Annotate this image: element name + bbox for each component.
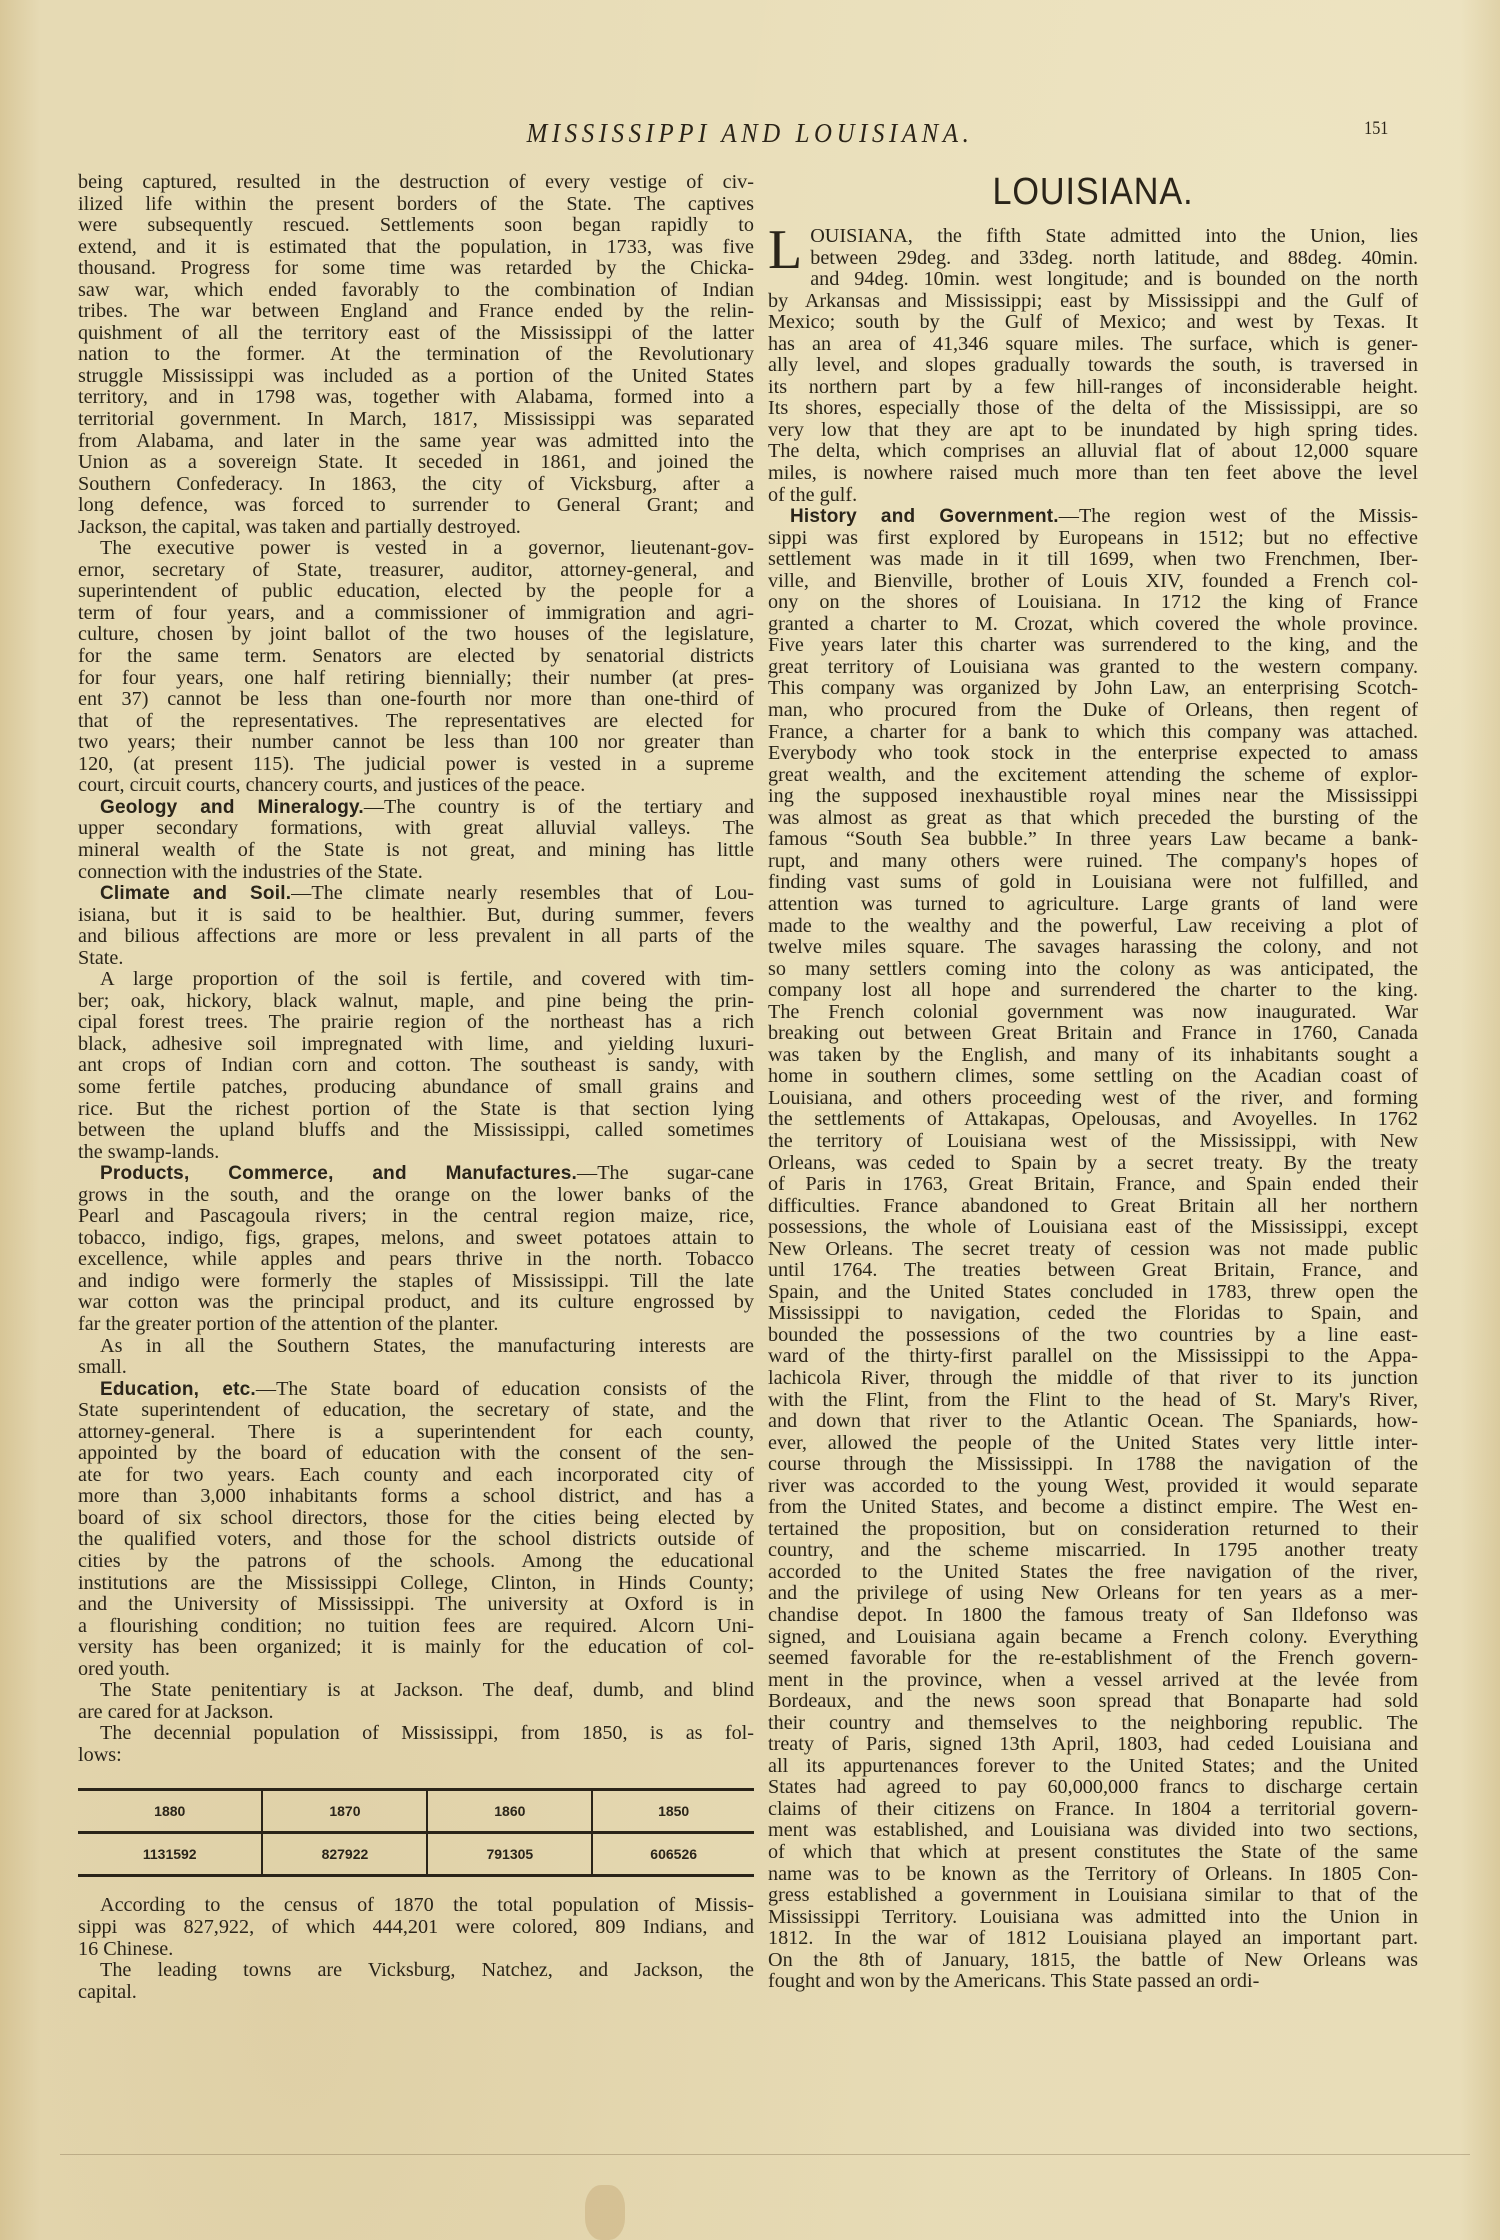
line-text: Spain, and the United States concluded i…	[768, 1281, 1418, 1303]
text-line: seemed favorable for the re-establishmen…	[768, 1648, 1418, 1670]
text-line: On the 8th of January, 1815, the battle …	[768, 1950, 1418, 1972]
line-text: —The State board of education consists o…	[256, 1378, 754, 1400]
text-line: the qualified voters, and those for the …	[78, 1529, 754, 1551]
text-line: This company was organized by John Law, …	[768, 678, 1418, 700]
text-line: country, and the scheme miscarried. In 1…	[768, 1540, 1418, 1562]
line-text: the qualified voters, and those for the …	[78, 1528, 754, 1550]
line-text: Jackson, the capital, was taken and part…	[78, 516, 521, 538]
text-line: river was accorded to the young West, pr…	[768, 1476, 1418, 1498]
text-line: Mississippi Territory. Louisiana was adm…	[768, 1907, 1418, 1929]
line-text: ville, and Bienville, brother of Louis X…	[768, 570, 1418, 592]
line-text: —The climate nearly resembles that of Lo…	[291, 882, 754, 904]
text-line: its northern part by a few hill-ranges o…	[768, 377, 1418, 399]
text-line: claims of their citizens on France. In 1…	[768, 1799, 1418, 1821]
section-subhead: Climate and Soil.	[100, 883, 291, 904]
text-line: two years; their number cannot be less t…	[78, 732, 754, 754]
text-line: the territory of Louisiana west of the M…	[768, 1131, 1418, 1153]
line-text: signed, and Louisiana again became a Fre…	[768, 1626, 1418, 1648]
text-line: grows in the south, and the orange on th…	[78, 1185, 754, 1207]
text-line: company lost all hope and surrendered th…	[768, 980, 1418, 1002]
text-line: State superintendent of education, the s…	[78, 1400, 754, 1422]
line-text: and indigo were formerly the staples of …	[78, 1270, 754, 1292]
text-line: attention was turned to agriculture. Lar…	[768, 894, 1418, 916]
line-text: ored youth.	[78, 1658, 170, 1680]
paragraph-mississippi-history: being captured, resulted in the destruct…	[78, 172, 754, 538]
paragraph-soil: A large proportion of the soil is fertil…	[78, 969, 754, 1163]
line-text: sippi was first explored by Europeans in…	[768, 527, 1418, 549]
text-line: made to the wealthy and the powerful, La…	[768, 916, 1418, 938]
population-table-value-row: 1131592 827922 791305 606526	[78, 1833, 754, 1876]
text-line: for four years, one half retiring bienni…	[78, 668, 754, 690]
line-text: ant crops of Indian corn and cotton. The…	[78, 1054, 754, 1076]
text-line: and bilious affections are more or less …	[78, 926, 754, 948]
text-line: The decennial population of Mississippi,…	[78, 1723, 754, 1745]
paragraph-population-intro: The decennial population of Mississippi,…	[78, 1723, 754, 1766]
text-line: ernor, secretary of State, treasurer, au…	[78, 560, 754, 582]
text-line: more than 3,000 inhabitants forms a scho…	[78, 1486, 754, 1508]
text-line: Mexico; south by the Gulf of Mexico; and…	[768, 312, 1418, 334]
line-text: territorial government. In March, 1817, …	[78, 408, 754, 430]
text-line: great wealth, and the excitement attendi…	[768, 765, 1418, 787]
text-line: name was to be known as the Territory of…	[768, 1864, 1418, 1886]
line-text: man, who procured from the Duke of Orlea…	[768, 699, 1418, 721]
text-line: bounded the possessions of the two count…	[768, 1325, 1418, 1347]
line-text: long defence, was forced to surrender to…	[78, 494, 754, 516]
text-line: ent 37) cannot be less than one-fourth n…	[78, 689, 754, 711]
text-line: being captured, resulted in the destruct…	[78, 172, 754, 194]
line-text: thousand. Progress for some time was ret…	[78, 257, 754, 279]
line-text: accorded to the United States the free n…	[768, 1561, 1418, 1583]
line-text: board of six school directors, those for…	[78, 1507, 754, 1529]
text-line: 120, (at present 115). The judicial powe…	[78, 754, 754, 776]
line-text: State.	[78, 947, 123, 969]
line-text: and bilious affections are more or less …	[78, 925, 754, 947]
text-line: The State penitentiary is at Jackson. Th…	[78, 1680, 754, 1702]
text-line: was taken by the English, and many of it…	[768, 1045, 1418, 1067]
text-line: France, a charter for a bank to which th…	[768, 722, 1418, 744]
line-text: institutions are the Mississippi College…	[78, 1572, 754, 1594]
text-line: Jackson, the capital, was taken and part…	[78, 517, 754, 539]
section-subhead: History and Government.	[790, 506, 1059, 527]
text-line: extend, and it is estimated that the pop…	[78, 237, 754, 259]
section-subhead: Education, etc.	[100, 1379, 256, 1400]
line-text: rupt, and many others were ruined. The c…	[768, 850, 1418, 872]
text-line: has an area of 41,346 square miles. The …	[768, 334, 1418, 356]
population-value-cell: 606526	[592, 1833, 754, 1876]
text-line: chandise depot. In 1800 the famous treat…	[768, 1605, 1418, 1627]
line-text: Orleans, was ceded to Spain by a secret …	[768, 1152, 1418, 1174]
text-line: board of six school directors, those for…	[78, 1508, 754, 1530]
line-text: being captured, resulted in the destruct…	[78, 171, 754, 193]
line-text: and the privilege of using New Orleans f…	[768, 1582, 1418, 1604]
line-text: until 1764. The treaties between Great B…	[768, 1259, 1418, 1281]
text-line: term of four years, and a commissioner o…	[78, 603, 754, 625]
section-subhead: Geology and Mineralogy.	[100, 797, 364, 818]
text-line: so many settlers coming into the colony …	[768, 959, 1418, 981]
text-line: 1812. In the war of 1812 Louisiana playe…	[768, 1928, 1418, 1950]
line-text: The executive power is vested in a gover…	[100, 537, 754, 559]
text-line: territory, and in 1798 was, together wit…	[78, 387, 754, 409]
population-value-cell: 827922	[262, 1833, 427, 1876]
text-line: and the University of Mississippi. The u…	[78, 1594, 754, 1616]
line-text: State superintendent of education, the s…	[78, 1399, 754, 1421]
line-text: settlement was made in it till 1699, whe…	[768, 548, 1418, 570]
text-line: twelve miles square. The savages harassi…	[768, 937, 1418, 959]
line-text: —The sugar-cane	[577, 1162, 754, 1184]
line-text: more than 3,000 inhabitants forms a scho…	[78, 1485, 754, 1507]
text-line: ward of the thirty-first parallel on the…	[768, 1346, 1418, 1368]
line-text: Pearl and Pascagoula rivers; in the cent…	[78, 1205, 754, 1227]
line-text: claims of their citizens on France. In 1…	[768, 1798, 1418, 1820]
text-line: ville, and Bienville, brother of Louis X…	[768, 571, 1418, 593]
text-line: possessions, the whole of Louisiana east…	[768, 1217, 1418, 1239]
text-line: sippi was 827,922, of which 444,201 were…	[78, 1917, 754, 1939]
text-line: Products, Commerce, and Manufactures.—Th…	[78, 1163, 754, 1185]
text-line: rice. But the richest portion of the Sta…	[78, 1099, 754, 1121]
text-line: rupt, and many others were ruined. The c…	[768, 851, 1418, 873]
text-line: Louisiana, and others proceeding west of…	[768, 1088, 1418, 1110]
line-text: excellence, while apples and pears thriv…	[78, 1248, 754, 1270]
text-line: ored youth.	[78, 1659, 754, 1681]
population-year-cell: 1850	[592, 1790, 754, 1833]
text-line: Its shores, especially those of the delt…	[768, 398, 1418, 420]
text-line: institutions are the Mississippi College…	[78, 1573, 754, 1595]
text-line: connection with the industries of the St…	[78, 862, 754, 884]
text-line: ilized life within the present borders o…	[78, 194, 754, 216]
text-line: were subsequently rescued. Settlements s…	[78, 215, 754, 237]
line-text: of which that which at present constitut…	[768, 1841, 1418, 1863]
line-text: This company was organized by John Law, …	[768, 677, 1418, 699]
line-text: the settlements of Attakapas, Opelousas,…	[768, 1108, 1418, 1130]
text-line: was almost as great as that which preced…	[768, 808, 1418, 830]
line-text: some fertile patches, producing abundanc…	[78, 1076, 754, 1098]
text-line: their country and themselves to the neig…	[768, 1713, 1418, 1735]
line-text: upper secondary formations, with great a…	[78, 817, 754, 839]
text-line: all its appurtenances forever to the Uni…	[768, 1756, 1418, 1778]
line-text: their country and themselves to the neig…	[768, 1712, 1418, 1734]
line-text: bounded the possessions of the two count…	[768, 1324, 1418, 1346]
text-line: ally level, and slopes gradually towards…	[768, 355, 1418, 377]
text-line: granted a charter to M. Crozat, which co…	[768, 614, 1418, 636]
text-line: A large proportion of the soil is fertil…	[78, 969, 754, 991]
line-text: ate for two years. Each county and each …	[78, 1464, 754, 1486]
line-text: lachicola River, through the middle of t…	[768, 1367, 1418, 1389]
text-line: far the greater portion of the attention…	[78, 1314, 754, 1336]
text-line: Spain, and the United States concluded i…	[768, 1282, 1418, 1304]
paragraph-census-1870: According to the census of 1870 the tota…	[78, 1895, 754, 1960]
line-text: Its shores, especially those of the delt…	[768, 397, 1418, 419]
line-text: breaking out between Great Britain and F…	[768, 1022, 1418, 1044]
text-line: difficulties. France abandoned to Great …	[768, 1196, 1418, 1218]
line-text: the swamp-lands.	[78, 1141, 219, 1163]
line-text: of Paris in 1763, Great Britain, France,…	[768, 1173, 1418, 1195]
line-text: A large proportion of the soil is fertil…	[100, 968, 754, 990]
running-title: MISSISSIPPI AND LOUISIANA.	[60, 118, 1440, 149]
line-text: The decennial population of Mississippi,…	[100, 1722, 754, 1744]
text-line: breaking out between Great Britain and F…	[768, 1023, 1418, 1045]
line-text: famous “South Sea bubble.” In three year…	[768, 828, 1418, 850]
line-text: The State penitentiary is at Jackson. Th…	[100, 1679, 754, 1701]
text-line: appointed by the board of education with…	[78, 1443, 754, 1465]
text-line: of Paris in 1763, Great Britain, France,…	[768, 1174, 1418, 1196]
line-text: so many settlers coming into the colony …	[768, 958, 1418, 980]
line-text: isiana, but it is said to be healthier. …	[78, 904, 754, 926]
text-line: gress established a government in Louisi…	[768, 1885, 1418, 1907]
line-text: attention was turned to agriculture. Lar…	[768, 893, 1418, 915]
text-line: capital.	[78, 1982, 754, 2004]
text-line: cities by the patrons of the schools. Am…	[78, 1551, 754, 1573]
text-line: long defence, was forced to surrender to…	[78, 495, 754, 517]
line-text: culture, chosen by joint ballot of the t…	[78, 623, 754, 645]
text-line: sippi was first explored by Europeans in…	[768, 528, 1418, 550]
text-line: Climate and Soil.—The climate nearly res…	[78, 883, 754, 905]
line-text: seemed favorable for the re-establishmen…	[768, 1647, 1418, 1669]
text-line: The French colonial government was now i…	[768, 1002, 1418, 1024]
line-text: cipal forest trees. The prairie region o…	[78, 1011, 754, 1033]
paragraph-executive-power: The executive power is vested in a gover…	[78, 538, 754, 797]
line-text: war cotton was the principal product, an…	[78, 1291, 754, 1313]
line-text: has an area of 41,346 square miles. The …	[768, 333, 1418, 355]
text-line: struggle Mississippi was included as a p…	[78, 366, 754, 388]
text-line: mineral wealth of the State is not great…	[78, 840, 754, 862]
line-text: ber; oak, hickory, black walnut, maple, …	[78, 990, 754, 1012]
text-line: accorded to the United States the free n…	[768, 1562, 1418, 1584]
line-text: OUISIANA, the fifth State admitted into …	[810, 225, 1418, 247]
text-line: attorney-general. There is a superintend…	[78, 1422, 754, 1444]
text-line: ber; oak, hickory, black walnut, maple, …	[78, 991, 754, 1013]
line-text: sippi was 827,922, of which 444,201 were…	[78, 1916, 754, 1938]
line-text: for four years, one half retiring bienni…	[78, 667, 754, 689]
line-text: and down that river to the Atlantic Ocea…	[768, 1410, 1418, 1432]
text-line: culture, chosen by joint ballot of the t…	[78, 624, 754, 646]
line-text: Mississippi to navigation, ceded the Flo…	[768, 1302, 1418, 1324]
text-line: man, who procured from the Duke of Orlea…	[768, 700, 1418, 722]
line-text: attorney-general. There is a superintend…	[78, 1421, 754, 1443]
line-text: versity has been organized; it is mainly…	[78, 1636, 754, 1658]
text-line: from Alabama, and later in the same year…	[78, 431, 754, 453]
text-line: As in all the Southern States, the manuf…	[78, 1336, 754, 1358]
text-line: fought and won by the Americans. This St…	[768, 1971, 1418, 1993]
text-line: a flourishing condition; no tuition fees…	[78, 1616, 754, 1638]
text-line: ant crops of Indian corn and cotton. The…	[78, 1055, 754, 1077]
line-text: ony on the shores of Louisiana. In 1712 …	[768, 591, 1418, 613]
population-table: 1880 1870 1860 1850 1131592 827922 79130…	[78, 1788, 754, 1877]
text-line: excellence, while apples and pears thriv…	[78, 1249, 754, 1271]
line-text: States had agreed to pay 60,000,000 fran…	[768, 1776, 1418, 1798]
line-text: As in all the Southern States, the manuf…	[100, 1335, 754, 1357]
population-value-cell: 1131592	[78, 1833, 262, 1876]
line-text: ing the supposed inexhaustible royal min…	[768, 785, 1418, 807]
text-line: war cotton was the principal product, an…	[78, 1292, 754, 1314]
line-text: course through the Mississippi. In 1788 …	[768, 1453, 1418, 1475]
line-text: its northern part by a few hill-ranges o…	[768, 376, 1418, 398]
text-line: great territory of Louisiana was granted…	[768, 657, 1418, 679]
text-line: between the upland bluffs and the Missis…	[78, 1120, 754, 1142]
line-text: great territory of Louisiana was granted…	[768, 656, 1418, 678]
text-line: until 1764. The treaties between Great B…	[768, 1260, 1418, 1282]
text-line: tobacco, indigo, figs, grapes, melons, a…	[78, 1228, 754, 1250]
text-line: home in southern climes, some settling o…	[768, 1066, 1418, 1088]
text-line: Mississippi to navigation, ceded the Flo…	[768, 1303, 1418, 1325]
right-column: LOUISIANA. L OUISIANA, the fifth State a…	[768, 172, 1418, 1993]
line-text: rice. But the richest portion of the Sta…	[78, 1098, 754, 1120]
text-line: some fertile patches, producing abundanc…	[78, 1077, 754, 1099]
text-line: Pearl and Pascagoula rivers; in the cent…	[78, 1206, 754, 1228]
line-text: Southern Confederacy. In 1863, the city …	[78, 473, 754, 495]
text-line: versity has been organized; it is mainly…	[78, 1637, 754, 1659]
line-text: New Orleans. The secret treaty of cessio…	[768, 1238, 1418, 1260]
text-line: and indigo were formerly the staples of …	[78, 1271, 754, 1293]
text-line: of the gulf.	[768, 485, 1418, 507]
line-text: Louisiana, and others proceeding west of…	[768, 1087, 1418, 1109]
text-line: The delta, which comprises an alluvial f…	[768, 441, 1418, 463]
text-line: Geology and Mineralogy.—The country is o…	[78, 797, 754, 819]
text-line: ment in the province, when a vessel arri…	[768, 1670, 1418, 1692]
text-line: ony on the shores of Louisiana. In 1712 …	[768, 592, 1418, 614]
line-text: —The country is of the tertiary and	[364, 796, 754, 818]
text-line: ever, allowed the people of the United S…	[768, 1433, 1418, 1455]
text-line: settlement was made in it till 1699, whe…	[768, 549, 1418, 571]
line-text: ally level, and slopes gradually towards…	[768, 354, 1418, 376]
line-text: far the greater portion of the attention…	[78, 1313, 498, 1335]
paragraph-history-government: History and Government.—The region west …	[768, 506, 1418, 1993]
line-text: struggle Mississippi was included as a p…	[78, 365, 754, 387]
line-text: Mexico; south by the Gulf of Mexico; and…	[768, 311, 1418, 333]
line-text: difficulties. France abandoned to Great …	[768, 1195, 1418, 1217]
text-line: ment was established, and Louisiana was …	[768, 1820, 1418, 1842]
line-text: 16 Chinese.	[78, 1938, 173, 1960]
text-line: The leading towns are Vicksburg, Natchez…	[78, 1960, 754, 1982]
line-text: all its appurtenances forever to the Uni…	[768, 1755, 1418, 1777]
text-line: upper secondary formations, with great a…	[78, 818, 754, 840]
text-line: and the privilege of using New Orleans f…	[768, 1583, 1418, 1605]
line-text: from Alabama, and later in the same year…	[78, 430, 754, 452]
line-text: of the gulf.	[768, 484, 857, 506]
line-text: tobacco, indigo, figs, grapes, melons, a…	[78, 1227, 754, 1249]
text-line: black, adhesive soil impregnated with li…	[78, 1034, 754, 1056]
text-line: lachicola River, through the middle of t…	[768, 1368, 1418, 1390]
line-text: capital.	[78, 1981, 137, 2003]
line-text: —The region west of the Missis-	[1059, 505, 1418, 527]
line-text: gress established a government in Louisi…	[768, 1884, 1418, 1906]
text-line: between 29deg. and 33deg. north latitude…	[768, 248, 1418, 270]
line-text: name was to be known as the Territory of…	[768, 1863, 1418, 1885]
text-line: lows:	[78, 1745, 754, 1767]
text-line: Five years later this charter was surren…	[768, 635, 1418, 657]
text-line: Southern Confederacy. In 1863, the city …	[78, 474, 754, 496]
line-text: granted a charter to M. Crozat, which co…	[768, 613, 1418, 635]
text-line: and 94deg. 10min. west longitude; and is…	[768, 269, 1418, 291]
text-line: nation to the former. At the termination…	[78, 344, 754, 366]
line-text: that of the representatives. The represe…	[78, 710, 754, 732]
line-text: superintendent of public education, elec…	[78, 580, 754, 602]
line-text: was taken by the English, and many of it…	[768, 1044, 1418, 1066]
line-text: ever, allowed the people of the United S…	[768, 1432, 1418, 1454]
text-line: are cared for at Jackson.	[78, 1702, 754, 1724]
line-text: ment in the province, when a vessel arri…	[768, 1669, 1418, 1691]
text-line: Bordeaux, and the news soon spread that …	[768, 1691, 1418, 1713]
text-line: States had agreed to pay 60,000,000 fran…	[768, 1777, 1418, 1799]
paragraph-climate: Climate and Soil.—The climate nearly res…	[78, 883, 754, 969]
text-line: court, circuit courts, chancery courts, …	[78, 775, 754, 797]
line-text: for the same term. Senators are elected …	[78, 645, 754, 667]
line-text: two years; their number cannot be less t…	[78, 731, 754, 753]
line-text: was almost as great as that which preced…	[768, 807, 1418, 829]
line-text: term of four years, and a commissioner o…	[78, 602, 754, 624]
line-text: a flourishing condition; no tuition fees…	[78, 1615, 754, 1637]
line-text: appointed by the board of education with…	[78, 1442, 754, 1464]
line-text: court, circuit courts, chancery courts, …	[78, 774, 585, 796]
line-text: black, adhesive soil impregnated with li…	[78, 1033, 754, 1055]
section-subhead: Products, Commerce, and Manufactures.	[100, 1163, 577, 1184]
paragraph-products: Products, Commerce, and Manufactures.—Th…	[78, 1163, 754, 1335]
line-text: The leading towns are Vicksburg, Natchez…	[100, 1959, 754, 1981]
text-line: finding vast sums of gold in Louisiana w…	[768, 872, 1418, 894]
line-text: chandise depot. In 1800 the famous treat…	[768, 1604, 1418, 1626]
population-year-cell: 1860	[427, 1790, 592, 1833]
line-text: tribes. The war between England and Fran…	[78, 300, 754, 322]
line-text: were subsequently rescued. Settlements s…	[78, 214, 754, 236]
line-text: saw war, which ended favorably to the co…	[78, 279, 754, 301]
text-line: The executive power is vested in a gover…	[78, 538, 754, 560]
line-text: company lost all hope and surrendered th…	[768, 979, 1418, 1001]
line-text: country, and the scheme miscarried. In 1…	[768, 1539, 1418, 1561]
text-line: small.	[78, 1357, 754, 1379]
text-line: isiana, but it is said to be healthier. …	[78, 905, 754, 927]
text-line: with the Flint, from the Flint to the he…	[768, 1390, 1418, 1412]
text-line: treaty of Paris, signed 13th April, 1803…	[768, 1734, 1418, 1756]
text-line: Orleans, was ceded to Spain by a secret …	[768, 1153, 1418, 1175]
text-line: very low that they are apt to be inundat…	[768, 420, 1418, 442]
line-text: and the University of Mississippi. The u…	[78, 1593, 754, 1615]
text-line: course through the Mississippi. In 1788 …	[768, 1454, 1418, 1476]
line-text: river was accorded to the young West, pr…	[768, 1475, 1418, 1497]
line-text: connection with the industries of the St…	[78, 861, 423, 883]
section-title-louisiana: LOUISIANA.	[801, 172, 1386, 212]
text-line: OUISIANA, the fifth State admitted into …	[768, 226, 1418, 248]
line-text: miles, is nowhere raised much more than …	[768, 462, 1418, 484]
line-text: Bordeaux, and the news soon spread that …	[768, 1690, 1418, 1712]
text-line: superintendent of public education, elec…	[78, 581, 754, 603]
paragraph-manufacturing: As in all the Southern States, the manuf…	[78, 1336, 754, 1379]
line-text: treaty of Paris, signed 13th April, 1803…	[768, 1733, 1418, 1755]
line-text: home in southern climes, some settling o…	[768, 1065, 1418, 1087]
text-line: ing the supposed inexhaustible royal min…	[768, 786, 1418, 808]
paragraph-geology: Geology and Mineralogy.—The country is o…	[78, 797, 754, 883]
line-text: nation to the former. At the termination…	[78, 343, 754, 365]
line-text: Everybody who took stock in the enterpri…	[768, 742, 1418, 764]
text-line: Everybody who took stock in the enterpri…	[768, 743, 1418, 765]
line-text: the territory of Louisiana west of the M…	[768, 1130, 1418, 1152]
line-text: The delta, which comprises an alluvial f…	[768, 440, 1418, 462]
text-line: tribes. The war between England and Fran…	[78, 301, 754, 323]
text-line: Education, etc.—The State board of educa…	[78, 1379, 754, 1401]
line-text: ment was established, and Louisiana was …	[768, 1819, 1418, 1841]
line-text: ent 37) cannot be less than one-fourth n…	[78, 688, 754, 710]
line-text: On the 8th of January, 1815, the battle …	[768, 1949, 1418, 1971]
page-number: 151	[1364, 118, 1388, 140]
text-line: and down that river to the Atlantic Ocea…	[768, 1411, 1418, 1433]
line-text: by Arkansas and Mississippi; east by Mis…	[768, 290, 1418, 312]
line-text: territory, and in 1798 was, together wit…	[78, 386, 754, 408]
line-text: Mississippi Territory. Louisiana was adm…	[768, 1906, 1418, 1928]
text-line: tertained the proposition, but on consid…	[768, 1519, 1418, 1541]
paragraph-education: Education, etc.—The State board of educa…	[78, 1379, 754, 1681]
text-line: According to the census of 1870 the tota…	[78, 1895, 754, 1917]
line-text: 120, (at present 115). The judicial powe…	[78, 753, 754, 775]
line-text: ward of the thirty-first parallel on the…	[768, 1345, 1418, 1367]
text-line: the settlements of Attakapas, Opelousas,…	[768, 1109, 1418, 1131]
